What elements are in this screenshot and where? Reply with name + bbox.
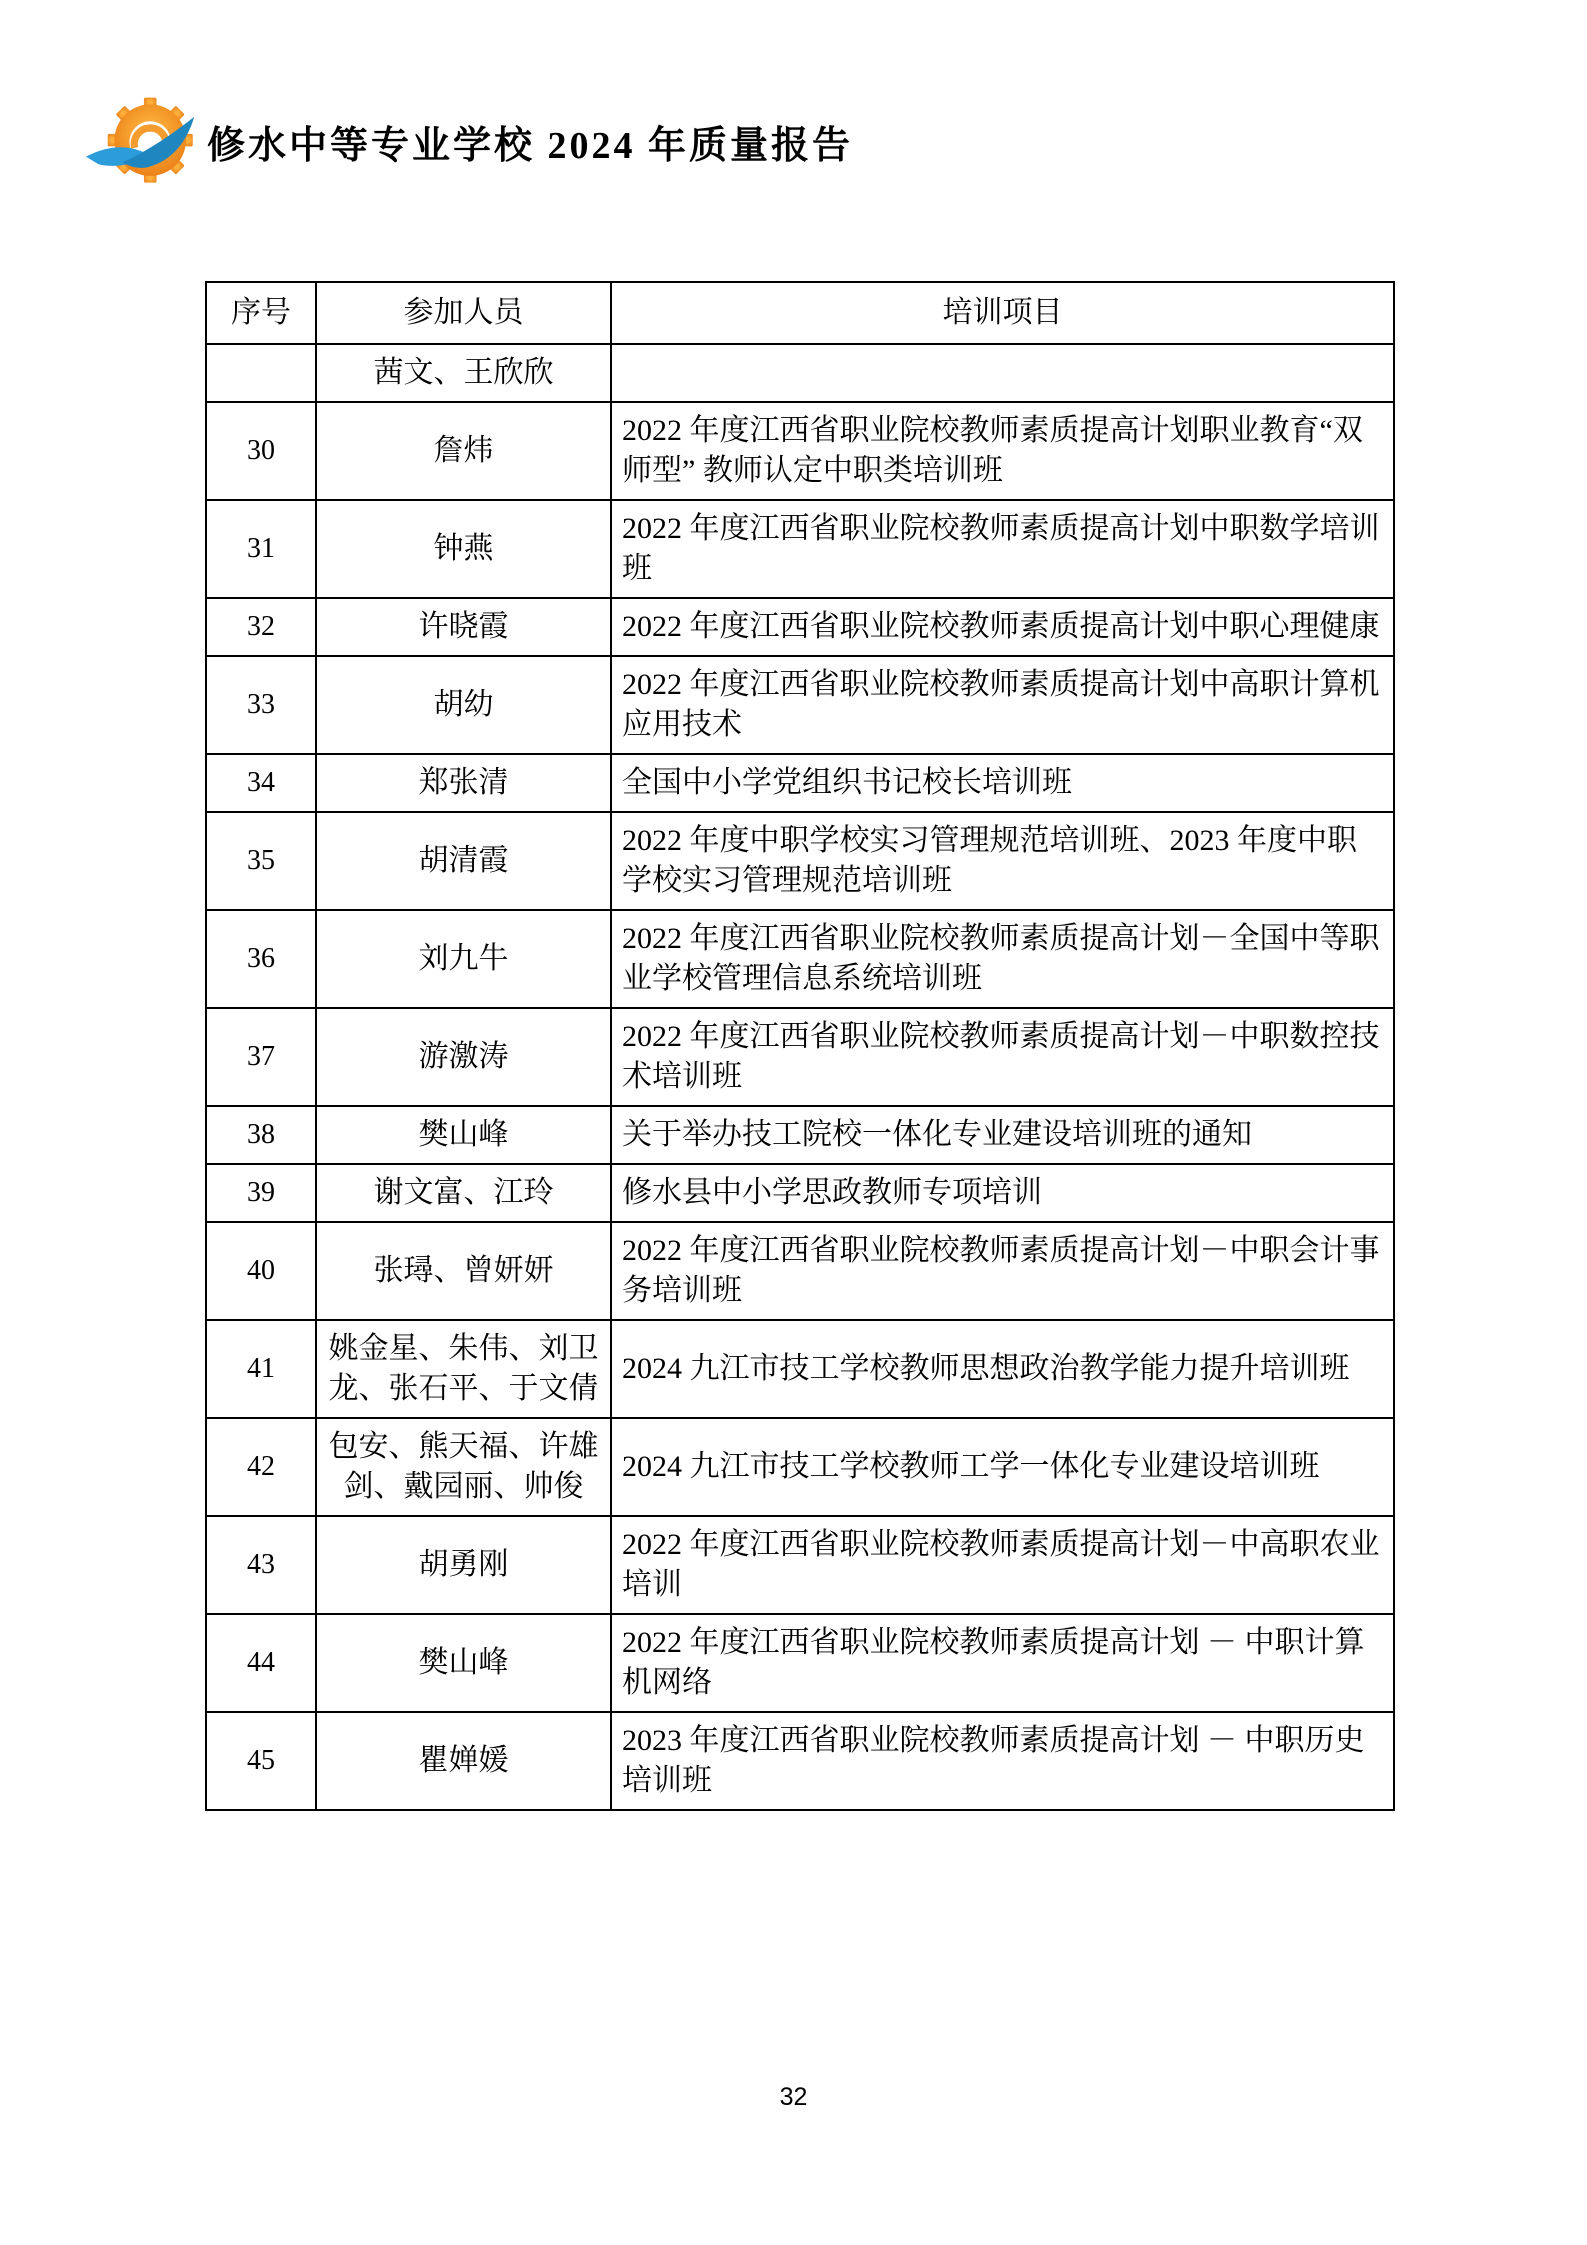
cell-project: 2024 九江市技工学校教师思想政治教学能力提升培训班 xyxy=(611,1320,1394,1418)
cell-no: 43 xyxy=(206,1516,316,1614)
cell-project: 2022 年度中职学校实习管理规范培训班、2023 年度中职学校实习管理规范培训… xyxy=(611,812,1394,910)
cell-no: 31 xyxy=(206,500,316,598)
table-row: 茜文、王欣欣 xyxy=(206,344,1394,402)
cell-project: 2022 年度江西省职业院校教师素质提高计划中高职计算机应用技术 xyxy=(611,656,1394,754)
cell-names: 包安、熊天福、许雄剑、戴园丽、帅俊 xyxy=(316,1418,611,1516)
table-row: 30詹炜2022 年度江西省职业院校教师素质提高计划职业教育“双师型” 教师认定… xyxy=(206,402,1394,500)
cell-no: 40 xyxy=(206,1222,316,1320)
cell-no: 34 xyxy=(206,754,316,812)
cell-names: 胡勇刚 xyxy=(316,1516,611,1614)
table-row: 45瞿婵媛2023 年度江西省职业院校教师素质提高计划 － 中职历史培训班 xyxy=(206,1712,1394,1810)
cell-names: 瞿婵媛 xyxy=(316,1712,611,1810)
cell-project: 2022 年度江西省职业院校教师素质提高计划中职心理健康 xyxy=(611,598,1394,656)
cell-no: 45 xyxy=(206,1712,316,1810)
cell-project: 关于举办技工院校一体化专业建设培训班的通知 xyxy=(611,1106,1394,1164)
cell-names: 钟燕 xyxy=(316,500,611,598)
cell-project: 2022 年度江西省职业院校教师素质提高计划－全国中等职业学校管理信息系统培训班 xyxy=(611,910,1394,1008)
cell-project: 2024 九江市技工学校教师工学一体化专业建设培训班 xyxy=(611,1418,1394,1516)
table-row: 40张璕、曾妍妍2022 年度江西省职业院校教师素质提高计划－中职会计事务培训班 xyxy=(206,1222,1394,1320)
cell-names: 谢文富、江玲 xyxy=(316,1164,611,1222)
table-row: 44樊山峰2022 年度江西省职业院校教师素质提高计划 － 中职计算机网络 xyxy=(206,1614,1394,1712)
cell-no: 35 xyxy=(206,812,316,910)
table-body: 茜文、王欣欣30詹炜2022 年度江西省职业院校教师素质提高计划职业教育“双师型… xyxy=(206,344,1394,1810)
table-row: 41姚金星、朱伟、刘卫龙、张石平、于文倩2024 九江市技工学校教师思想政治教学… xyxy=(206,1320,1394,1418)
cell-no: 32 xyxy=(206,598,316,656)
cell-no: 44 xyxy=(206,1614,316,1712)
table-row: 39谢文富、江玲修水县中小学思政教师专项培训 xyxy=(206,1164,1394,1222)
table-row: 38樊山峰关于举办技工院校一体化专业建设培训班的通知 xyxy=(206,1106,1394,1164)
cell-no: 39 xyxy=(206,1164,316,1222)
table-row: 35胡清霞2022 年度中职学校实习管理规范培训班、2023 年度中职学校实习管… xyxy=(206,812,1394,910)
gear-bird-logo-icon xyxy=(84,94,200,194)
table-row: 31钟燕2022 年度江西省职业院校教师素质提高计划中职数学培训班 xyxy=(206,500,1394,598)
cell-no: 30 xyxy=(206,402,316,500)
cell-names: 詹炜 xyxy=(316,402,611,500)
cell-names: 郑张清 xyxy=(316,754,611,812)
cell-names: 张璕、曾妍妍 xyxy=(316,1222,611,1320)
cell-project: 2022 年度江西省职业院校教师素质提高计划－中职数控技术培训班 xyxy=(611,1008,1394,1106)
table-row: 32许晓霞2022 年度江西省职业院校教师素质提高计划中职心理健康 xyxy=(206,598,1394,656)
cell-project: 2022 年度江西省职业院校教师素质提高计划－中高职农业培训 xyxy=(611,1516,1394,1614)
page-title: 修水中等专业学校 2024 年质量报告 xyxy=(207,114,853,169)
document-page: 修水中等专业学校 2024 年质量报告 序号 参加人员 培训项目 茜文、王欣欣3… xyxy=(0,0,1587,2245)
cell-names: 胡清霞 xyxy=(316,812,611,910)
cell-project: 2022 年度江西省职业院校教师素质提高计划中职数学培训班 xyxy=(611,500,1394,598)
cell-no: 38 xyxy=(206,1106,316,1164)
school-logo-icon xyxy=(84,94,200,194)
cell-no: 33 xyxy=(206,656,316,754)
cell-names: 游激涛 xyxy=(316,1008,611,1106)
column-header-project: 培训项目 xyxy=(611,282,1394,344)
cell-project: 修水县中小学思政教师专项培训 xyxy=(611,1164,1394,1222)
table-header-row: 序号 参加人员 培训项目 xyxy=(206,282,1394,344)
cell-project xyxy=(611,344,1394,402)
cell-names: 胡幼 xyxy=(316,656,611,754)
cell-project: 2022 年度江西省职业院校教师素质提高计划－中职会计事务培训班 xyxy=(611,1222,1394,1320)
training-table-container: 序号 参加人员 培训项目 茜文、王欣欣30詹炜2022 年度江西省职业院校教师素… xyxy=(205,281,1393,1811)
table-row: 34郑张清全国中小学党组织书记校长培训班 xyxy=(206,754,1394,812)
table-row: 37游激涛2022 年度江西省职业院校教师素质提高计划－中职数控技术培训班 xyxy=(206,1008,1394,1106)
table-row: 42包安、熊天福、许雄剑、戴园丽、帅俊2024 九江市技工学校教师工学一体化专业… xyxy=(206,1418,1394,1516)
cell-names: 许晓霞 xyxy=(316,598,611,656)
cell-names: 茜文、王欣欣 xyxy=(316,344,611,402)
cell-no xyxy=(206,344,316,402)
cell-project: 2022 年度江西省职业院校教师素质提高计划 － 中职计算机网络 xyxy=(611,1614,1394,1712)
cell-no: 42 xyxy=(206,1418,316,1516)
table-row: 36刘九牛2022 年度江西省职业院校教师素质提高计划－全国中等职业学校管理信息… xyxy=(206,910,1394,1008)
cell-names: 樊山峰 xyxy=(316,1614,611,1712)
cell-project: 2022 年度江西省职业院校教师素质提高计划职业教育“双师型” 教师认定中职类培… xyxy=(611,402,1394,500)
cell-names: 姚金星、朱伟、刘卫龙、张石平、于文倩 xyxy=(316,1320,611,1418)
cell-no: 41 xyxy=(206,1320,316,1418)
cell-project: 全国中小学党组织书记校长培训班 xyxy=(611,754,1394,812)
cell-names: 刘九牛 xyxy=(316,910,611,1008)
column-header-no: 序号 xyxy=(206,282,316,344)
table-row: 43胡勇刚2022 年度江西省职业院校教师素质提高计划－中高职农业培训 xyxy=(206,1516,1394,1614)
training-table: 序号 参加人员 培训项目 茜文、王欣欣30詹炜2022 年度江西省职业院校教师素… xyxy=(205,281,1395,1811)
cell-no: 37 xyxy=(206,1008,316,1106)
page-number: 32 xyxy=(0,2083,1587,2112)
cell-names: 樊山峰 xyxy=(316,1106,611,1164)
table-row: 33胡幼2022 年度江西省职业院校教师素质提高计划中高职计算机应用技术 xyxy=(206,656,1394,754)
cell-no: 36 xyxy=(206,910,316,1008)
column-header-participants: 参加人员 xyxy=(316,282,611,344)
cell-project: 2023 年度江西省职业院校教师素质提高计划 － 中职历史培训班 xyxy=(611,1712,1394,1810)
